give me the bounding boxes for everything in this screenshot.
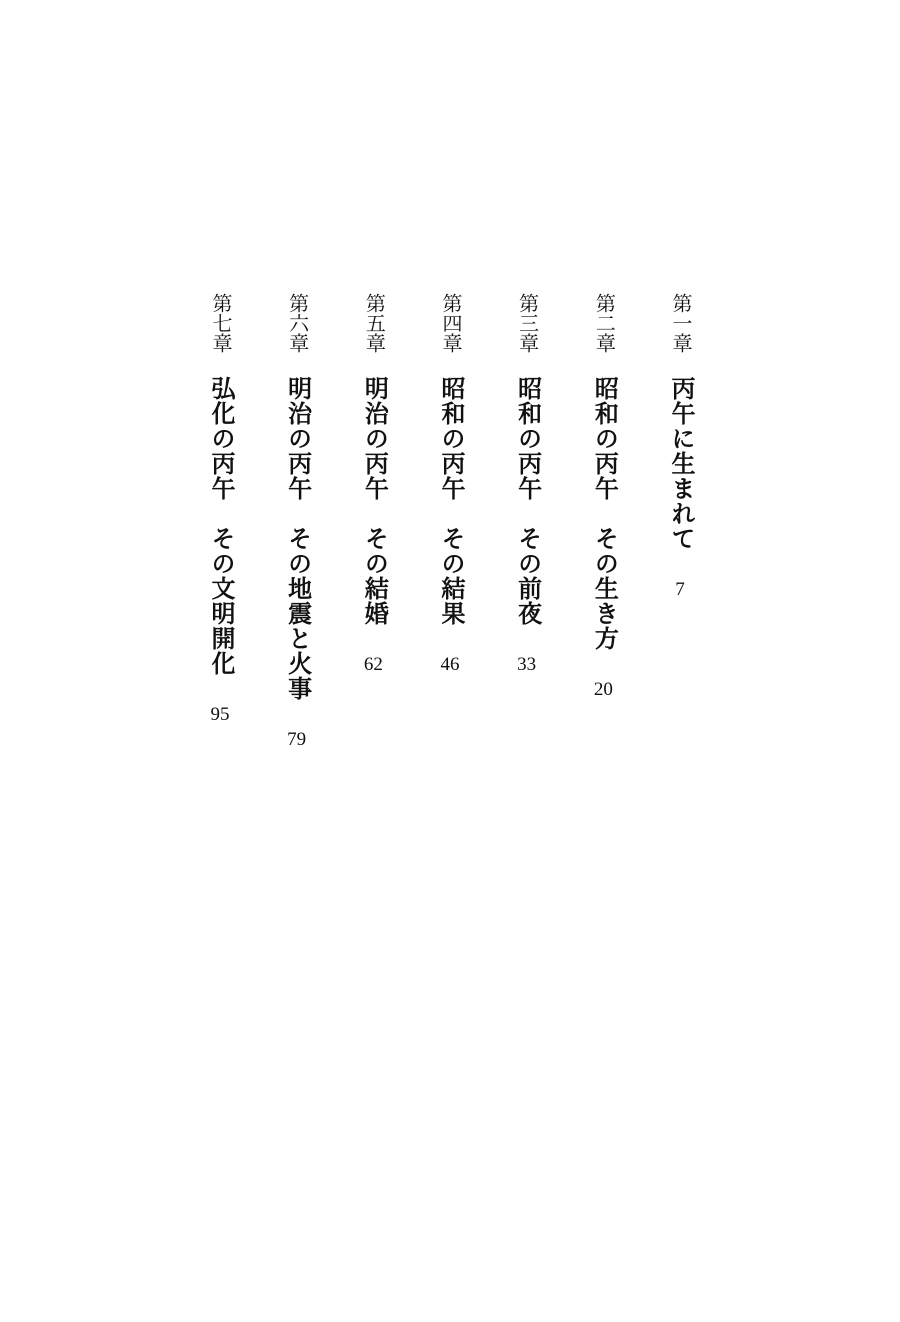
chapter-page-number: 62 bbox=[364, 655, 383, 674]
chapter-title: 丙午に生まれて bbox=[668, 376, 692, 551]
chapter-page-number: 7 bbox=[675, 580, 685, 599]
chapter-number: 第一章 bbox=[670, 293, 690, 353]
chapter-number: 第三章 bbox=[517, 293, 537, 353]
chapter-title: 明治の丙午 その結婚 bbox=[361, 376, 385, 626]
chapter-page-number: 79 bbox=[287, 730, 306, 749]
chapter-page-number: 95 bbox=[210, 705, 229, 724]
chapter-number: 第四章 bbox=[440, 293, 460, 353]
toc-entry-chapter-1: 第一章丙午に生まれて7 bbox=[662, 293, 692, 933]
chapter-number: 第六章 bbox=[287, 293, 307, 353]
chapter-title: 明治の丙午 その地震と火事 bbox=[285, 376, 309, 701]
toc-entry-chapter-3: 第三章昭和の丙午 その前夜33 bbox=[509, 293, 539, 933]
chapter-number: 第七章 bbox=[210, 293, 230, 353]
toc-page: { "page": { "background": "#ffffff", "te… bbox=[0, 0, 900, 1322]
toc-entry-chapter-6: 第六章明治の丙午 その地震と火事79 bbox=[279, 293, 309, 933]
chapter-page-number: 46 bbox=[440, 655, 459, 674]
table-of-contents: 第一章丙午に生まれて7 第二章昭和の丙午 その生き方20 第三章昭和の丙午 その… bbox=[202, 293, 692, 933]
chapter-title: 昭和の丙午 その生き方 bbox=[591, 376, 615, 651]
chapter-title: 昭和の丙午 その前夜 bbox=[515, 376, 539, 626]
chapter-title: 弘化の丙午 その文明開化 bbox=[208, 376, 232, 676]
toc-entry-chapter-7: 第七章弘化の丙午 その文明開化95 bbox=[202, 293, 232, 933]
chapter-number: 第五章 bbox=[363, 293, 383, 353]
toc-entry-chapter-2: 第二章昭和の丙午 その生き方20 bbox=[586, 293, 616, 933]
toc-entry-chapter-4: 第四章昭和の丙午 その結果46 bbox=[432, 293, 462, 933]
chapter-page-number: 20 bbox=[594, 680, 613, 699]
chapter-number: 第二章 bbox=[593, 293, 613, 353]
chapter-title: 昭和の丙午 その結果 bbox=[438, 376, 462, 626]
toc-entry-chapter-5: 第五章明治の丙午 その結婚62 bbox=[356, 293, 386, 933]
chapter-page-number: 33 bbox=[517, 655, 536, 674]
